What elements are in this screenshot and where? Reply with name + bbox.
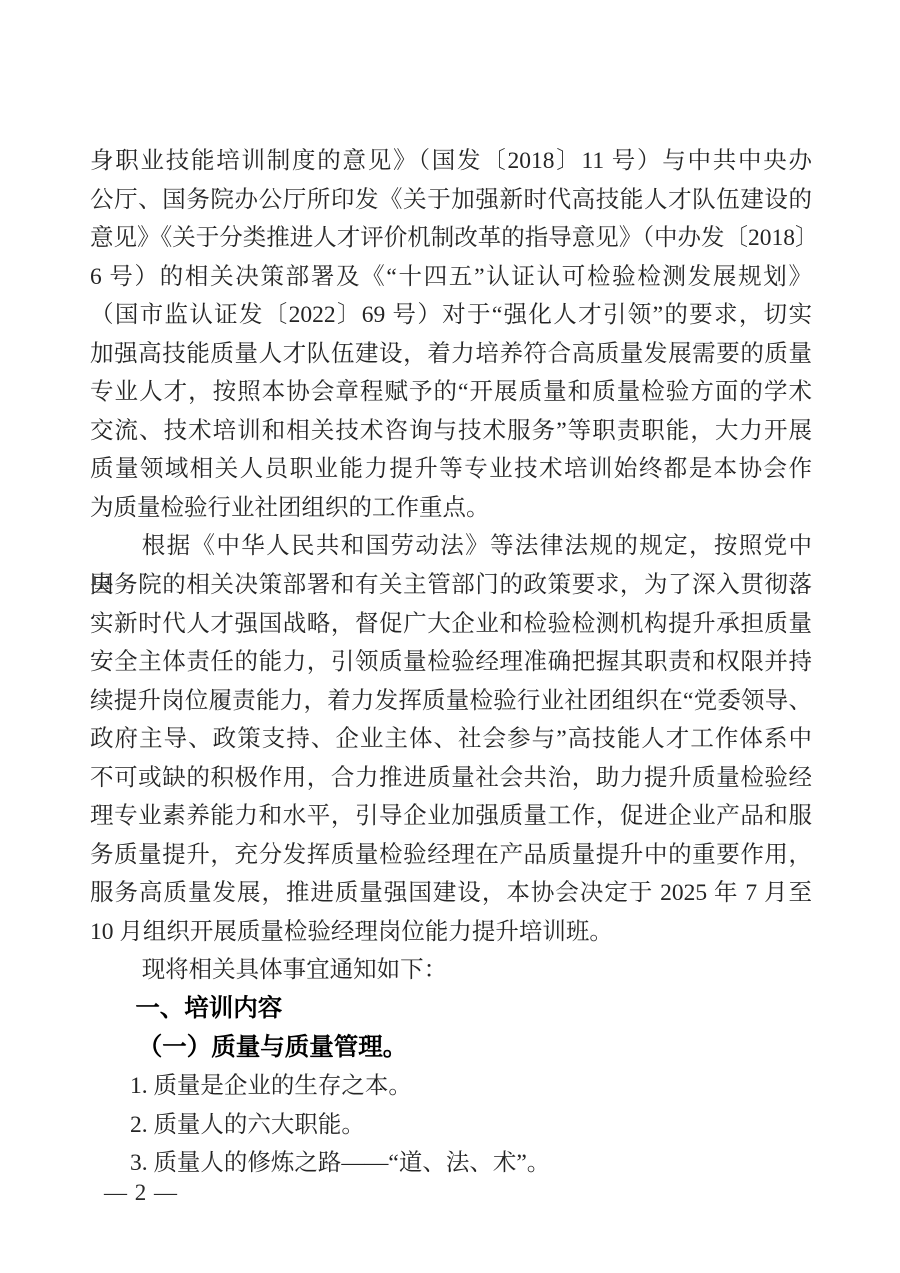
document-page: 身职业技能培训制度的意见》（国发〔2018〕11 号）与中共中央办公厅、国务院办…: [0, 0, 900, 1273]
text-line: 不可或缺的积极作用，合力推进质量社会共治，助力提升质量检验经: [90, 759, 812, 798]
text-line: 加强高技能质量人才队伍建设，着力培养符合高质量发展需要的质量: [90, 335, 812, 374]
text-line: 为质量检验行业社团组织的工作重点。: [90, 489, 812, 528]
text-line: 3. 质量人的修炼之路——“道、法、术”。: [90, 1144, 812, 1183]
text-line: 理专业素养能力和水平，引导企业加强质量工作，促进企业产品和服: [90, 797, 812, 836]
document-body: 身职业技能培训制度的意见》（国发〔2018〕11 号）与中共中央办公厅、国务院办…: [90, 142, 812, 1183]
text-line: 务质量提升，充分发挥质量检验经理在产品质量提升中的重要作用，: [90, 836, 812, 875]
text-line: 6 号）的相关决策部署及《“十四五”认证认可检验检测发展规划》: [90, 258, 812, 297]
text-line: 1. 质量是企业的生存之本。: [90, 1067, 812, 1106]
text-line: 现将相关具体事宜通知如下：: [90, 951, 812, 990]
text-line: 服务高质量发展，推进质量强国建设，本协会决定于 2025 年 7 月至: [90, 874, 812, 913]
text-line: （一）质量与质量管理。: [90, 1029, 812, 1068]
text-line: 身职业技能培训制度的意见》（国发〔2018〕11 号）与中共中央办: [90, 142, 812, 181]
text-line: 专业人才，按照本协会章程赋予的“开展质量和质量检验方面的学术: [90, 373, 812, 412]
text-line: （国市监认证发〔2022〕69 号）对于“强化人才引领”的要求，切实: [90, 296, 812, 335]
text-line: 一、培训内容: [90, 990, 812, 1029]
text-line: 2. 质量人的六大职能。: [90, 1106, 812, 1145]
text-line: 实新时代人才强国战略，督促广大企业和检验检测机构提升承担质量: [90, 605, 812, 644]
page-number: — 2 —: [104, 1180, 178, 1206]
text-line: 意见》《关于分类推进人才评价机制改革的指导意见》（中办发〔2018〕: [90, 219, 812, 258]
text-line: 安全主体责任的能力，引领质量检验经理准确把握其职责和权限并持: [90, 643, 812, 682]
text-line: 质量领域相关人员职业能力提升等专业技术培训始终都是本协会作: [90, 450, 812, 489]
text-line: 公厅、国务院办公厅所印发《关于加强新时代高技能人才队伍建设的: [90, 181, 812, 220]
text-line: 政府主导、政策支持、企业主体、社会参与”高技能人才工作体系中: [90, 720, 812, 759]
text-line: 国务院的相关决策部署和有关主管部门的政策要求，为了深入贯彻落: [90, 566, 812, 605]
text-line: 续提升岗位履责能力，着力发挥质量检验行业社团组织在“党委领导、: [90, 682, 812, 721]
text-line: 根据《中华人民共和国劳动法》等法律法规的规定，按照党中央、: [90, 527, 812, 566]
text-line: 交流、技术培训和相关技术咨询与技术服务”等职责职能，大力开展: [90, 412, 812, 451]
text-line: 10 月组织开展质量检验经理岗位能力提升培训班。: [90, 913, 812, 952]
